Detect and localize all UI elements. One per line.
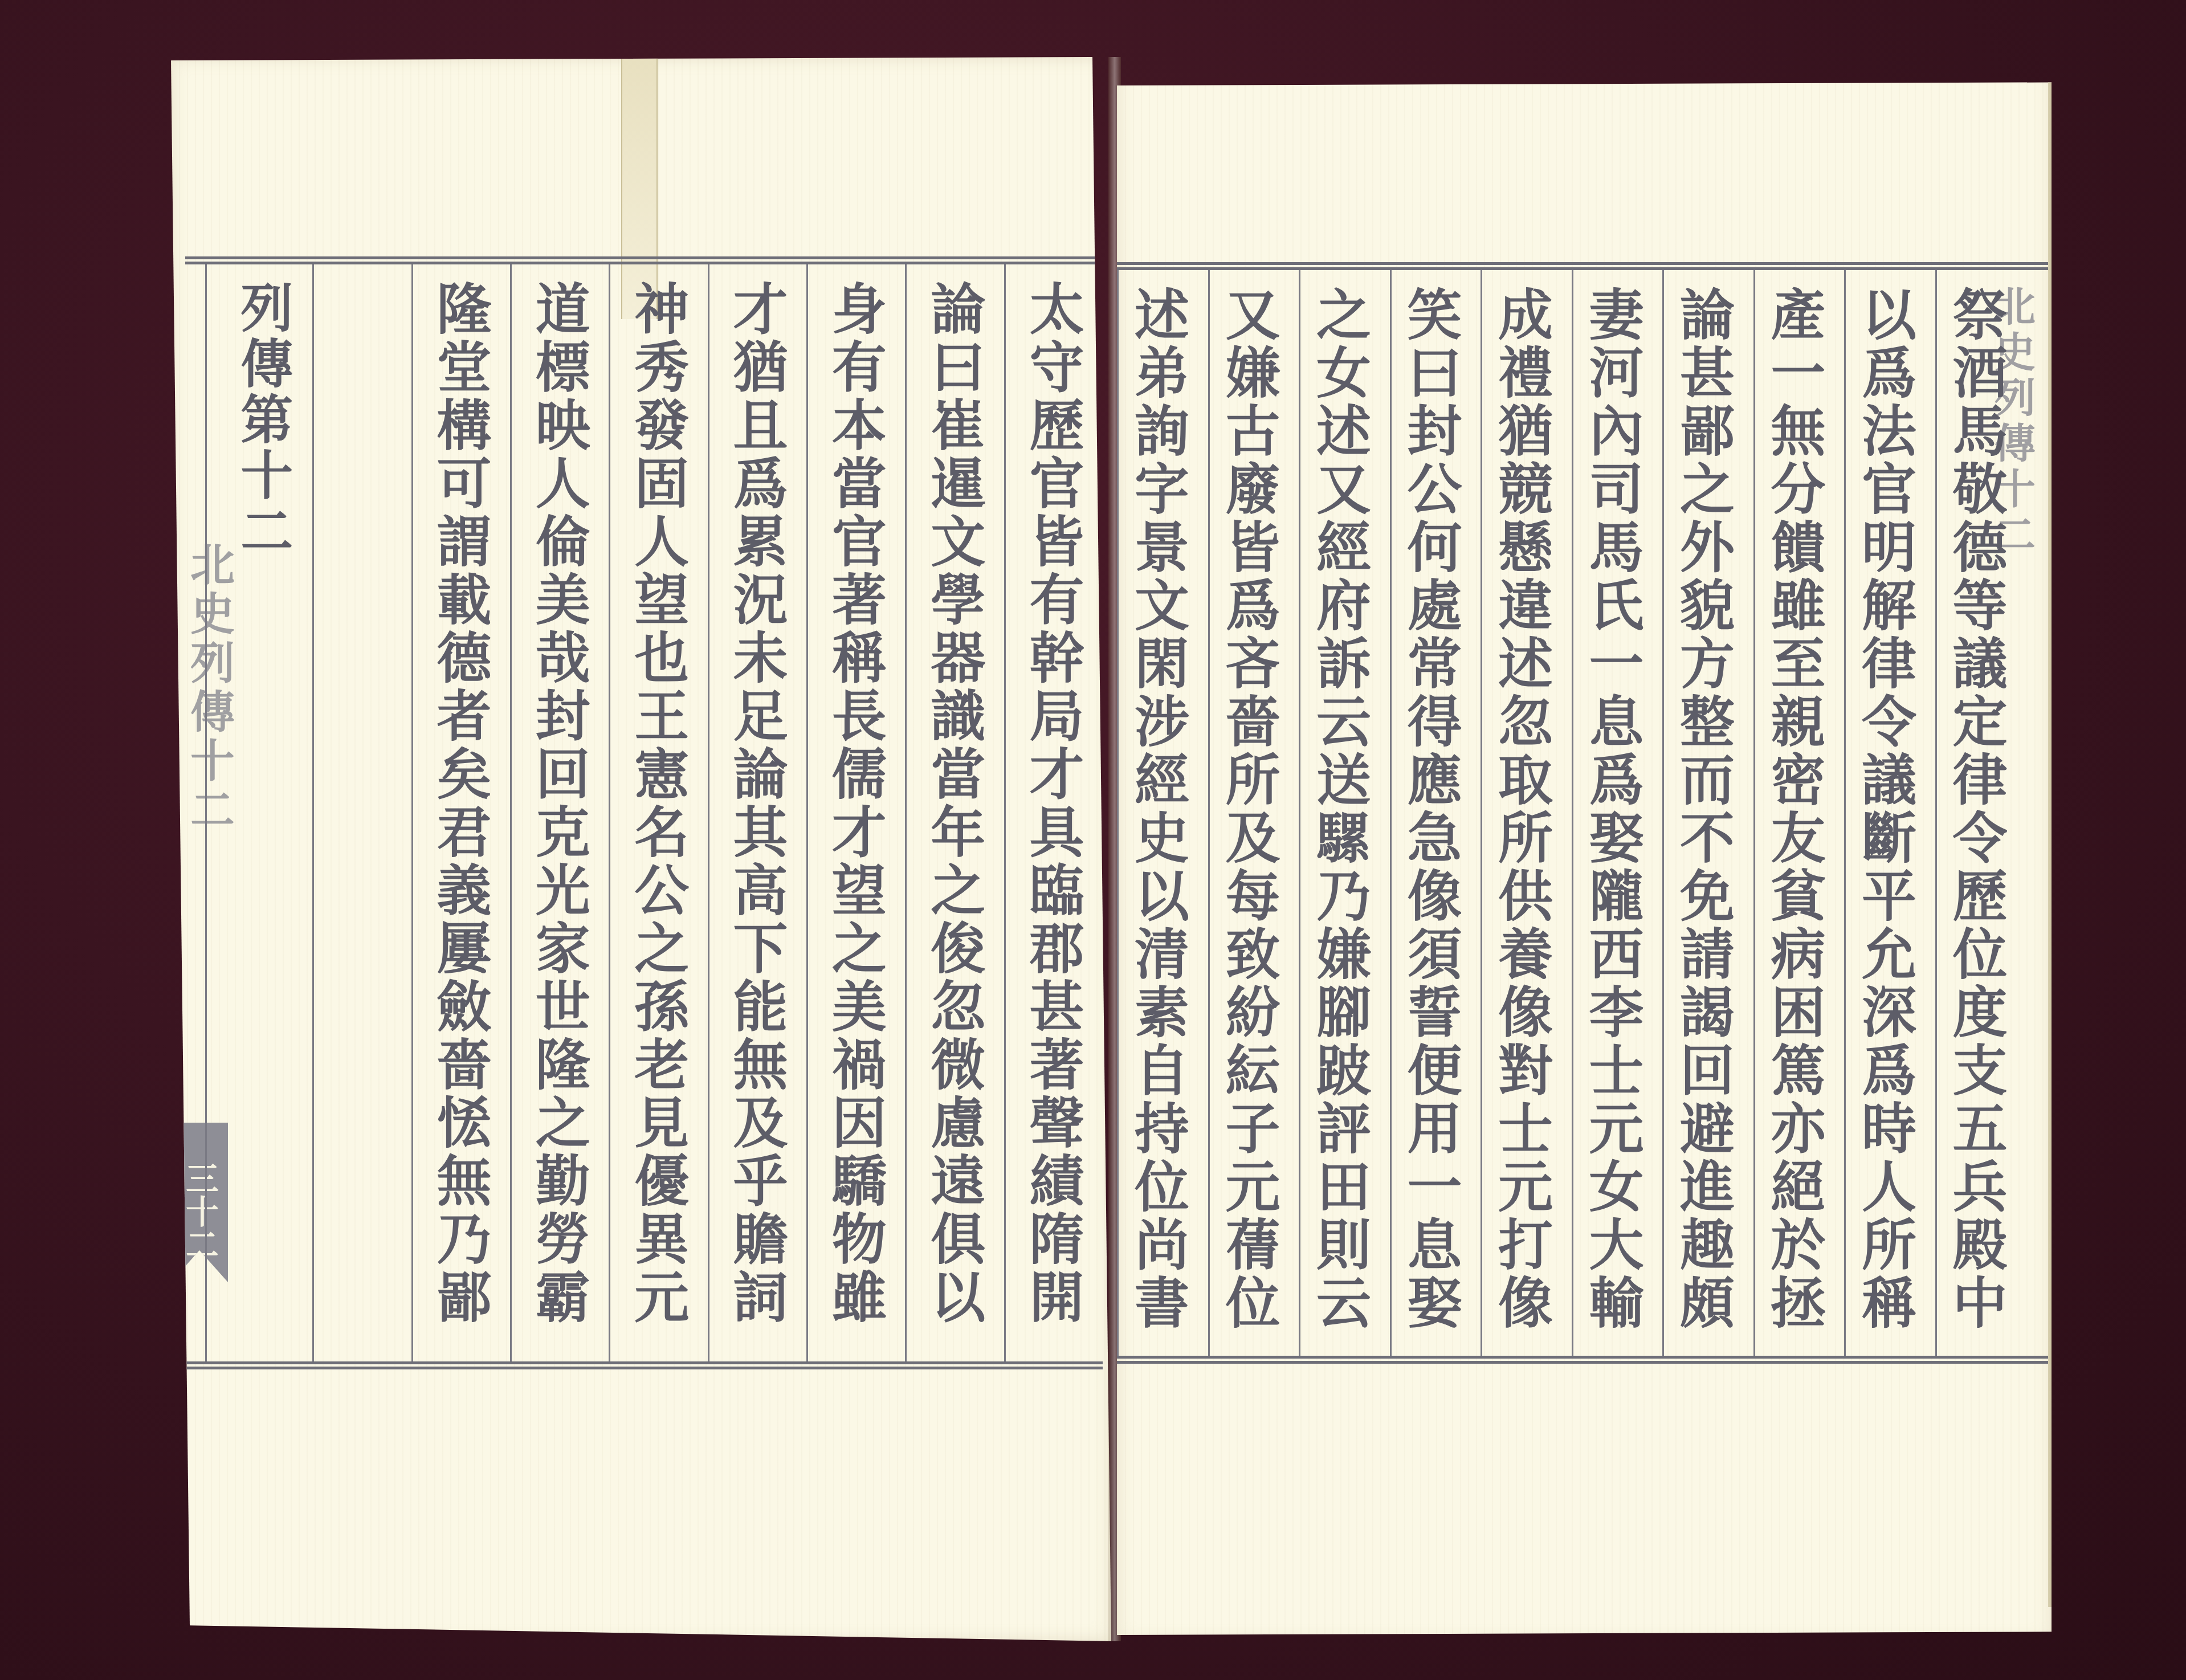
right-page: 北史列傳十二 祭酒馬敬德等議定律令歷位度支五兵殿中三尚書述 以爲法官明解律令議斷… [1117,57,2052,1641]
right-print-frame: 祭酒馬敬德等議定律令歷位度支五兵殿中三尚書述 以爲法官明解律令議斷平允深爲時人所… [1117,262,2052,1364]
right-text-columns: 祭酒馬敬德等議定律令歷位度支五兵殿中三尚書述 以爲法官明解律令議斷平允深爲時人所… [1117,270,2026,1356]
left-text-columns: 太守歷官皆有幹局才具臨郡甚著聲績隋開皇中卒 論曰崔暹文學器識當年之俊忽微慮遠俱以… [205,264,1103,1361]
text-column: 產一無分饋雖至親密友貧病困篤亦絕於拯濟朝野物 [1753,270,1845,1356]
text-column: 才猶且爲累況未足論其高下能無及乎贍詞韻溫雅風 [708,264,806,1361]
text-column: 太守歷官皆有幹局才具臨郡甚著聲績隋開皇中卒 [1004,264,1103,1361]
text-column: 又嫌古廢皆爲吝嗇所及每致紛紜子元蒨位太子舍人 [1208,270,1299,1356]
volume-label: 北史二十四 [205,474,213,1361]
text-column: 論曰崔暹文學器識當年之俊忽微慮遠俱以爲從休立 [905,264,1004,1361]
text-column: 妻河內司馬氏一息爲娶隴西李士元女大輸財聘及將 [1572,270,1663,1356]
text-column: 道標映人倫美哉封回克光家世隆之勤勞霸業子繪寬 [510,264,609,1361]
text-column: 之女述又經府訴云送騾乃嫌腳跛評田則云鹹薄銅器 [1299,270,1390,1356]
page-fore-edge [2048,80,2065,1607]
text-column: 成禮猶競懸違述忽取所供養像對士元打像爲誓士元 [1481,270,1572,1356]
text-column: 以爲法官明解律令議斷平允深爲時人所稱而厚積財 [1844,270,1935,1356]
left-page: 北史列傳十二 三十二 太守歷官皆有幹局才具臨郡甚著聲績隋開皇中卒 論曰崔暹文學器… [171,57,1111,1641]
text-column: 述弟詢字景文閑涉經史以清素自持位尚書左丞濟南 [1117,270,1208,1356]
blank-column [312,264,411,1361]
chapter-title: 列傳第十二 [232,280,293,560]
open-book: 北史列傳十二 三十二 太守歷官皆有幹局才具臨郡甚著聲績隋開皇中卒 論曰崔暹文學器… [171,57,2052,1641]
text-column: 笑曰封公何處常得應急像須誓便用一息娶范陽盧莊 [1390,270,1481,1356]
text-column: 隆堂構可謂載德者矣君義屢斂嗇恡無乃鄙哉 [411,264,510,1361]
text-column: 身有本當官著稱長儒才望之美禍因驕物雖有周公之 [806,264,905,1361]
text-column: 論甚鄙之外貌方整而不免請謁回避進趣頗致嗤駭前 [1662,270,1753,1356]
left-print-frame: 太守歷官皆有幹局才具臨郡甚著聲績隋開皇中卒 論曰崔暹文學器識當年之俊忽微慮遠俱以… [185,256,1103,1369]
text-column: 神秀發固人望也王憲名公之孫老見優異元景昆季慶 [609,264,707,1361]
text-column: 祭酒馬敬德等議定律令歷位度支五兵殿中三尚書述 [1935,270,2026,1356]
chapter-title-column: 列傳第十二 北史二十四 [205,264,312,1361]
